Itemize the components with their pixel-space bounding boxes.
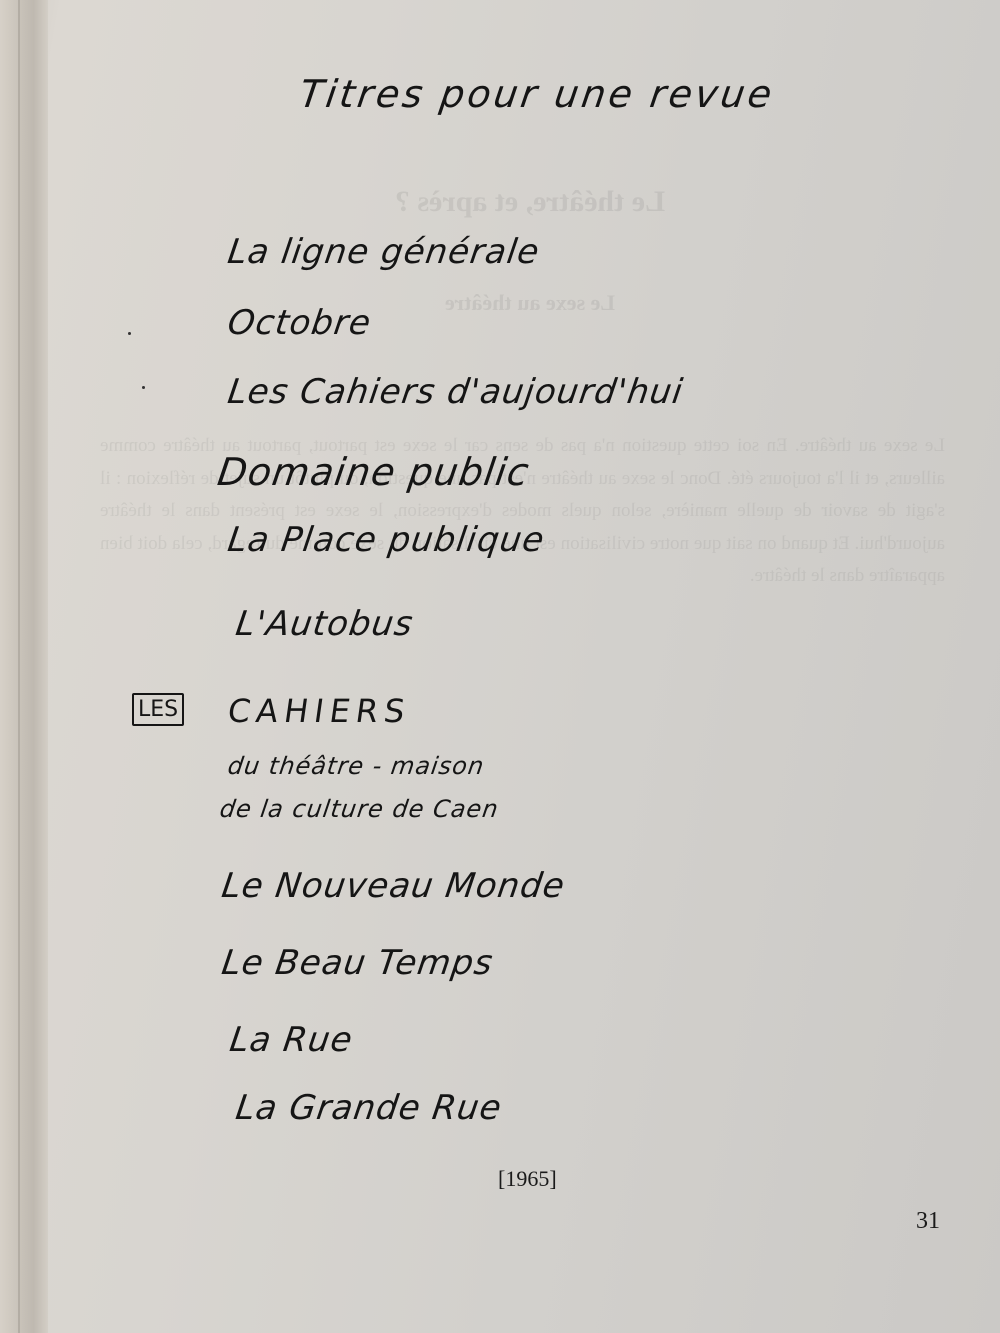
ink-speck [128, 332, 131, 335]
cahiers-subtitle-line1: du théâtre - maison [226, 752, 486, 780]
title-item: Le Beau Temps [219, 943, 496, 983]
handwritten-heading: Titres pour une revue [297, 72, 777, 116]
cahiers-subtitle-line2: de la culture de Caen [218, 795, 501, 823]
les-bracket: LES [132, 693, 184, 726]
title-item: Octobre [225, 303, 374, 343]
book-gutter [0, 0, 48, 1333]
title-item: La Rue [227, 1020, 355, 1060]
bleed-through-title: Le théâtre, et après ? [320, 185, 740, 219]
title-item: Les Cahiers d'aujourd'hui [225, 372, 686, 412]
title-item: La Grande Rue [233, 1088, 504, 1128]
bleed-through-subtitle: Le sexe au théâtre [380, 290, 680, 316]
date-label: [1965] [498, 1166, 557, 1192]
title-item: La Place publique [225, 520, 547, 560]
cahiers-title: CAHIERS [225, 692, 413, 730]
title-item: Domaine public [215, 450, 532, 494]
ink-speck [142, 386, 145, 389]
gutter-shadow [18, 0, 20, 1333]
title-item: La ligne générale [225, 232, 542, 272]
title-item: L'Autobus [233, 604, 416, 644]
page-number: 31 [916, 1208, 940, 1235]
title-item: Le Nouveau Monde [219, 866, 567, 906]
